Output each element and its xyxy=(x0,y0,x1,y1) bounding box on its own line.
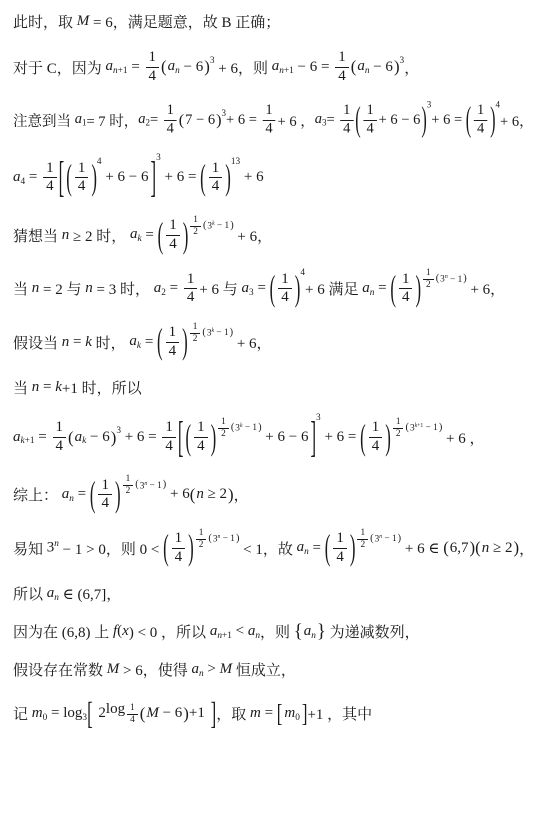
denominator: 4 xyxy=(333,549,347,567)
open-fence: [ xyxy=(59,155,65,201)
math-text: ， xyxy=(404,57,419,78)
math-text: 1 xyxy=(426,268,431,279)
symbol-unit: n xyxy=(482,540,490,557)
math-text: 1 xyxy=(338,49,346,67)
math-text: 2 xyxy=(396,429,401,440)
power-unit: (14)12(3k+1 − 1) xyxy=(360,419,442,455)
symbol-unit: an xyxy=(62,486,74,504)
exponent: 12(3k − 1) xyxy=(188,322,233,345)
close-fence: ) xyxy=(295,270,301,308)
line-01-statement-B: 此时，取 M = 6，满足题意，故 B 正确； xyxy=(13,11,534,32)
group-content: m0 xyxy=(282,701,302,727)
group-content: 6,7 xyxy=(449,540,470,557)
math-text: 对于 C，因为 xyxy=(13,57,106,78)
math-text: 2 xyxy=(126,486,131,497)
line-06-base-case: 当 n = 2 与 n = 3 时， a2 = 14+ 6 与 a3 = (14… xyxy=(13,271,534,307)
symbol-unit: ak xyxy=(130,226,142,244)
math-text: 假设当 xyxy=(13,332,62,353)
group-content: ak − 6 xyxy=(74,429,111,447)
math-text: 1 xyxy=(265,103,272,120)
math-text: = xyxy=(35,429,51,446)
math-text: +1 时，所以 xyxy=(62,377,142,398)
math-text: + 6，则 xyxy=(215,57,272,78)
group-content: (14)4 + 6 − 6 xyxy=(64,156,150,200)
math-text: 4 xyxy=(197,438,205,456)
math-text: 3 xyxy=(316,413,321,423)
math-text: +1 xyxy=(118,66,128,76)
math-text: 1 xyxy=(169,217,177,235)
line-10-summary: 综上： an = (14)12(3n − 1) + 6(n ≥ 2)， xyxy=(13,477,534,513)
math-text: 4 xyxy=(46,178,54,196)
power-unit: (an − 6)3 xyxy=(351,58,404,76)
symbol-base: a xyxy=(75,429,83,445)
exponent: 3 xyxy=(427,101,432,111)
math-text: < 1，故 xyxy=(239,538,296,559)
fraction: 14 xyxy=(75,160,89,196)
math-text: − 1 xyxy=(147,481,162,491)
symbol-unit: 3k+1 xyxy=(410,423,423,433)
close-fence: ] xyxy=(310,415,316,461)
numerator: 1 xyxy=(190,215,201,227)
exponent: 12(3n − 1) xyxy=(194,528,240,551)
math-text: 4 xyxy=(402,289,410,307)
symbol-unit: 3n xyxy=(140,481,148,491)
math-text: 1 xyxy=(167,103,174,120)
math-text: − 6 = xyxy=(294,59,333,76)
group-content: 3k+1 − 1 xyxy=(409,423,439,433)
denominator: 4 xyxy=(172,549,186,567)
open-fence: ( xyxy=(355,102,360,138)
power-unit: [(14)12(3k − 1) + 6 − 6]3 xyxy=(178,415,321,459)
math-text: + 6 − 6 xyxy=(379,112,421,128)
numerator: 1 xyxy=(184,271,198,290)
fraction: 12 xyxy=(393,417,404,440)
math-text: 3 xyxy=(156,153,161,163)
fraction: 12 xyxy=(190,215,201,238)
math-text: 因为在 (6,8) 上 xyxy=(13,621,113,642)
symbol-unit: an xyxy=(248,623,260,641)
math-text: ，取 xyxy=(216,703,250,724)
math-text: = xyxy=(142,227,158,244)
fraction: 14 xyxy=(53,419,67,455)
symbol-unit: n xyxy=(85,280,93,297)
close-fence: ) xyxy=(421,102,426,138)
math-text: ≥ 2 xyxy=(489,540,512,557)
symbol-base: a xyxy=(191,661,199,677)
math-text: 1 xyxy=(169,324,177,342)
paren-group: (7 − 6) xyxy=(179,112,222,129)
group-content: 3k − 1 xyxy=(206,328,230,338)
open-fence: ( xyxy=(325,529,331,567)
math-text: = xyxy=(74,486,90,503)
math-text: + 6 满足 xyxy=(305,278,362,299)
math-text: 当 xyxy=(13,278,32,299)
close-fence: ) xyxy=(211,419,217,457)
line-04-a4: a4 = 14[(14)4 + 6 − 6]3 + 6 = (14)13 + 6 xyxy=(13,156,534,200)
symbol-base: n xyxy=(62,334,70,350)
math-text: 1 xyxy=(221,417,226,428)
numerator: 1 xyxy=(278,271,292,290)
symbol-base: x xyxy=(122,623,129,639)
paren-group: (n ≥ 2) xyxy=(475,539,519,557)
paren-group: (M − 6) xyxy=(140,705,189,723)
numerator: 1 xyxy=(166,217,180,236)
denominator: 4 xyxy=(369,438,383,456)
numerator: 1 xyxy=(123,474,134,486)
math-text: + 6 xyxy=(166,486,189,503)
group-content: 2log14(M − 6)+1 xyxy=(93,697,211,729)
paren-group: (3k − 1) xyxy=(203,221,234,232)
open-fence: ( xyxy=(270,270,276,308)
symbol-unit: 3n xyxy=(213,534,221,544)
paren-group: (14) xyxy=(158,217,189,253)
power-unit: (14)4 xyxy=(466,103,500,138)
exponent: 12(3k+1 − 1) xyxy=(391,417,442,440)
math-text: 4 xyxy=(56,438,64,456)
math-text: 1 xyxy=(101,477,109,495)
math-text: 2 xyxy=(426,280,431,291)
math-text: 1 xyxy=(281,271,289,289)
math-text: 1 xyxy=(396,417,401,428)
math-text: 4 xyxy=(165,438,173,456)
symbol-base: log xyxy=(63,705,82,721)
math-text: ，则 xyxy=(260,621,294,642)
math-text: = xyxy=(69,334,85,351)
symbol-base: a xyxy=(138,112,145,127)
power-unit: (14+ 6 − 6)3 xyxy=(355,103,431,138)
subscript: n+1 xyxy=(217,631,232,641)
fraction: 14 xyxy=(209,160,223,196)
open-fence: ( xyxy=(200,159,206,197)
math-text: 2 xyxy=(360,540,365,551)
math-text: − 6 xyxy=(180,59,203,76)
exponent: 13 xyxy=(231,157,240,167)
line-15-m0: 记 m0 = log3[ 2log14(M − 6)+1 ]，取 m = [m0… xyxy=(13,697,534,729)
math-text: 2 xyxy=(221,429,226,440)
math-text: 1 xyxy=(367,103,374,120)
paren-group: (14) xyxy=(90,477,121,513)
power-unit: (7 − 6)3 xyxy=(179,112,226,129)
group-content: 14 xyxy=(330,530,350,566)
open-fence: ( xyxy=(360,419,366,457)
math-text: 4 xyxy=(367,121,374,138)
symbol-unit: an xyxy=(297,539,309,557)
math-text: 4 xyxy=(175,549,183,567)
fraction: 14 xyxy=(162,419,176,455)
symbol-base: M xyxy=(77,13,90,29)
fraction: 12 xyxy=(423,268,434,291)
math-text: = 7 时， xyxy=(86,110,138,130)
math-text: 2 xyxy=(193,334,198,345)
open-fence: [ xyxy=(277,700,283,727)
math-text: 1 xyxy=(336,530,344,548)
symbol-unit: an xyxy=(304,623,316,641)
power-unit: (14)12(3n − 1) xyxy=(325,530,401,566)
symbol-unit: ak xyxy=(75,429,87,447)
exponent: 4 xyxy=(97,157,102,167)
group-content: M − 6 xyxy=(145,705,183,722)
denominator: 2 xyxy=(190,334,201,345)
math-text: + 6 ， xyxy=(278,110,315,130)
math-text: − 6 xyxy=(369,59,392,76)
numerator: 1 xyxy=(399,271,413,290)
group-content: 3n − 1 xyxy=(139,481,163,491)
math-text: + 6 与 xyxy=(199,278,241,299)
math-text: 1 xyxy=(126,474,131,485)
symbol-unit: n xyxy=(311,631,316,641)
symbol-unit: M xyxy=(220,661,233,678)
paren-group: (3k − 1) xyxy=(231,423,262,434)
numerator: 1 xyxy=(53,419,67,438)
fraction: 14 xyxy=(369,419,383,455)
math-text: 2 xyxy=(199,540,204,551)
group-content: 14 xyxy=(191,419,211,455)
math-text: 时， xyxy=(92,332,130,353)
open-fence: ( xyxy=(466,102,471,138)
math-text: 1 xyxy=(199,528,204,539)
symbol-unit: m0 xyxy=(32,705,48,723)
fraction: 14 xyxy=(98,477,112,513)
paren-group: (ak − 6) xyxy=(68,429,116,447)
symbol-unit: a2 xyxy=(154,280,166,298)
math-text: 4 xyxy=(281,289,289,307)
numerator: 1 xyxy=(364,103,377,121)
open-fence: ( xyxy=(390,270,396,308)
math-text: 13 xyxy=(231,157,240,167)
paren-group: (14) xyxy=(360,419,391,455)
fraction: 12 xyxy=(218,417,229,440)
power-unit: (14)12(3n − 1) xyxy=(90,477,166,513)
symbol-unit: an xyxy=(168,58,180,76)
math-text: + 6， xyxy=(233,332,271,353)
fraction: 14 xyxy=(166,217,180,253)
group-content: 14 xyxy=(275,271,295,307)
numerator: 1 xyxy=(43,160,57,179)
math-text: +1 xyxy=(25,436,35,446)
fraction: 12 xyxy=(196,528,207,551)
symbol-unit: an xyxy=(191,661,203,679)
denominator: 4 xyxy=(127,715,138,726)
power-unit: (14)12(3k − 1) xyxy=(185,419,261,455)
math-text: 当 xyxy=(13,377,32,398)
fraction: 14 xyxy=(146,49,160,85)
group-content: 14 xyxy=(163,217,183,253)
numerator: 1 xyxy=(172,530,186,549)
math-text: 1 xyxy=(149,49,157,67)
denominator: 2 xyxy=(123,486,134,497)
paren-group: (6,7) xyxy=(443,539,475,557)
math-text: + 6 = xyxy=(321,429,360,446)
math-text: + 6 = xyxy=(121,429,160,446)
math-text: − 6 xyxy=(159,705,182,722)
exponent: 12(3k − 1) xyxy=(188,215,233,238)
math-text: 2 xyxy=(193,227,198,238)
math-text: + 6 ， xyxy=(442,427,484,448)
math-text: 3 xyxy=(427,101,432,111)
group-content: an xyxy=(303,623,317,641)
power-unit: (14)4 xyxy=(66,160,101,196)
math-text: 1 xyxy=(360,528,365,539)
symbol-unit: n xyxy=(196,486,204,503)
math-solution-document: 此时，取 M = 6，满足题意，故 B 正确；对于 C，因为 an+1 = 14… xyxy=(0,0,542,826)
symbol-unit: an xyxy=(357,58,369,76)
math-text: 4 xyxy=(496,101,501,111)
math-text: 记 xyxy=(13,703,32,724)
math-text: 4 xyxy=(130,715,135,726)
group-content: an − 6 xyxy=(167,58,205,76)
math-text: 1 xyxy=(56,419,64,437)
math-text: − 1 xyxy=(220,534,235,544)
numerator: 1 xyxy=(146,49,160,68)
symbol-unit: 3k xyxy=(207,328,214,338)
exponent: 12(3n − 1) xyxy=(421,268,467,291)
symbol-unit: a3 xyxy=(242,280,254,298)
math-text: = xyxy=(141,334,157,351)
math-text: = xyxy=(39,379,55,396)
exponent: 12(3n − 1) xyxy=(121,474,167,497)
fraction: 14 xyxy=(172,530,186,566)
math-text: + 6 − 6 xyxy=(102,169,149,186)
denominator: 4 xyxy=(98,495,112,513)
math-text: − 1 xyxy=(382,534,397,544)
math-text: = xyxy=(25,169,41,186)
group-content: (14)12(3k − 1) + 6 − 6 xyxy=(183,415,310,459)
denominator: 4 xyxy=(164,121,177,138)
symbol-base: n xyxy=(196,486,204,502)
math-text: = xyxy=(261,705,277,722)
math-text: − 6 xyxy=(86,429,109,446)
group-content: 14 xyxy=(471,103,490,138)
math-text: 4 xyxy=(97,157,102,167)
group-content: 14 xyxy=(396,271,416,307)
paren-group: (14) xyxy=(325,530,356,566)
symbol-unit: 3k xyxy=(235,423,242,433)
line-03-a2-a3: 注意到当 a1= 7 时，a2= 14(7 − 6)3+ 6 = 14+ 6 ，… xyxy=(13,103,517,138)
paren-group: (14) xyxy=(390,271,421,307)
numerator: 1 xyxy=(335,49,349,68)
power-unit: (14)12(3n − 1) xyxy=(390,271,466,307)
line-13-decreasing: 因为在 (6,8) 上 f(x) < 0 ，所以 an+1 < an，则 {an… xyxy=(13,621,534,642)
symbol-unit: a3 xyxy=(315,112,327,129)
numerator: 1 xyxy=(162,419,176,438)
paren-group: (14) xyxy=(185,419,216,455)
math-text: − 1 xyxy=(214,328,229,338)
close-fence: ) xyxy=(490,102,495,138)
math-text: = xyxy=(47,705,63,722)
math-text: 4 xyxy=(212,178,220,196)
symbol-base: n xyxy=(85,280,93,296)
math-text: 4 xyxy=(187,289,195,307)
open-fence: ( xyxy=(157,323,163,361)
open-fence: [ xyxy=(87,697,93,730)
math-text: 4 xyxy=(167,121,174,138)
symbol-base: n xyxy=(32,379,40,395)
denominator: 4 xyxy=(53,438,67,456)
open-fence: ( xyxy=(163,529,169,567)
line-12-interval: 所以 an ∈ (6,7]， xyxy=(13,583,534,604)
exponent: 12(3k − 1) xyxy=(216,417,261,440)
math-text: = 2 与 xyxy=(39,278,85,299)
line-14-assumption: 假设存在常数 M > 6，使得 an > M 恒成立， xyxy=(13,659,534,680)
math-text: ， xyxy=(519,538,534,559)
paren-group: (3k+1 − 1) xyxy=(405,423,442,434)
math-text: 4 xyxy=(169,236,177,254)
power-unit: (14)4 xyxy=(270,271,305,307)
math-text: 1 xyxy=(165,419,173,437)
power-unit: (an − 6)3 xyxy=(161,58,214,76)
group-content: 14 xyxy=(169,530,189,566)
group-content: 14 xyxy=(72,160,92,196)
fraction: 14 xyxy=(194,419,208,455)
symbol-unit: an+1 xyxy=(210,623,232,641)
exponent: 12(3n − 1) xyxy=(355,528,401,551)
group-content: 3k − 1 xyxy=(234,423,258,433)
fraction: 14 xyxy=(333,530,347,566)
symbol-unit: 3n xyxy=(440,274,448,284)
denominator: 4 xyxy=(209,178,223,196)
numerator: 1 xyxy=(218,417,229,429)
numerator: 1 xyxy=(75,160,89,179)
denominator: 2 xyxy=(393,429,404,440)
denominator: 4 xyxy=(278,289,292,307)
math-text: − 1 xyxy=(243,423,258,433)
symbol-unit: a1 xyxy=(75,112,87,129)
fraction: 14 xyxy=(340,103,353,138)
line-11-bounds: 易知 3n − 1 > 0，则 0 < (14)12(3n − 1) < 1，故… xyxy=(13,530,534,566)
numerator: 1 xyxy=(166,324,180,343)
math-text: 1 xyxy=(193,215,198,226)
numerator: 1 xyxy=(357,528,368,540)
math-text: 4 xyxy=(265,121,272,138)
math-text: + 6 = xyxy=(431,112,466,128)
math-text: 1 xyxy=(212,160,220,178)
math-text: 猜想当 xyxy=(13,225,62,246)
power-unit: [(14)4 + 6 − 6]3 xyxy=(59,156,161,200)
subscript: n+1 xyxy=(279,66,294,76)
math-text: < xyxy=(232,623,248,640)
math-text: 2 xyxy=(95,705,106,722)
open-fence: ( xyxy=(185,419,191,457)
superscript: k+1 xyxy=(415,423,424,429)
symbol-base: m xyxy=(284,705,295,721)
fraction: 14 xyxy=(263,103,276,138)
math-text: 假设存在常数 xyxy=(13,659,107,680)
denominator: 2 xyxy=(218,429,229,440)
denominator: 4 xyxy=(194,438,208,456)
subscript: n+1 xyxy=(113,66,128,76)
numerator: 1 xyxy=(127,703,138,715)
fraction: 12 xyxy=(357,528,368,551)
open-fence: ( xyxy=(66,159,72,197)
math-text: 1 xyxy=(402,271,410,289)
symbol-unit: a2 xyxy=(138,112,150,129)
paren-group: (an − 6) xyxy=(161,58,210,76)
symbol-unit: M xyxy=(146,705,159,722)
power-unit: (14)12(3k − 1) xyxy=(158,217,234,253)
close-fence: ) xyxy=(182,323,188,361)
denominator: 4 xyxy=(162,438,176,456)
paren-group: (14) xyxy=(270,271,301,307)
symbol-base: log xyxy=(106,701,125,717)
denominator: 4 xyxy=(340,121,353,138)
numerator: 1 xyxy=(369,419,383,438)
fraction: 14 xyxy=(474,103,487,138)
math-text: 4 xyxy=(343,121,350,138)
close-fence: ) xyxy=(225,159,231,197)
symbol-base: a xyxy=(357,58,365,74)
symbol-base: n xyxy=(311,631,316,641)
math-text: +1 xyxy=(222,631,232,641)
